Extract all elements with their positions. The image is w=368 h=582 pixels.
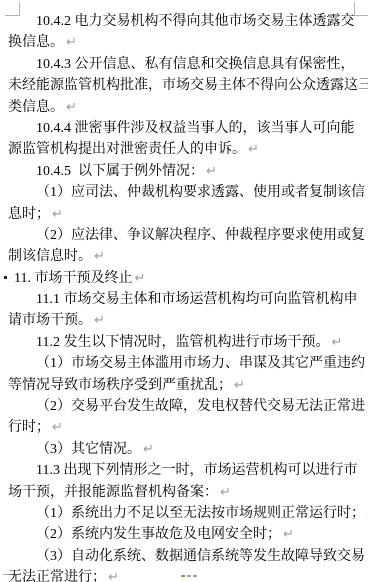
paragraph-mark-icon: ↵ <box>66 100 77 115</box>
text-run: 11.2 发生以下情况时，监管机构进行市场干预。 <box>36 335 329 350</box>
text-line: 10.4.2 电力交易机构不得向其他市场交易主体透露交 <box>8 11 362 32</box>
text-run: 11. 市场干预及终止 <box>14 271 132 286</box>
paragraph: （3）自动化系统、数据通信系统等发生故障导致交易无法正常进行；↵ <box>8 546 362 582</box>
text-line: （2）交易平台发生故障，发电权替代交易无法正常进 <box>8 396 362 417</box>
text-line: 请市场干预。↵ <box>8 310 362 331</box>
text-run: 11.1 市场交易主体和市场运营机构均可向监管机构申 <box>36 292 357 307</box>
text-run: （3）其它情况。 <box>36 442 141 457</box>
paragraph: （2）交易平台发生故障，发电权替代交易无法正常进行时；↵ <box>8 396 362 439</box>
text-line: 11. 市场干预及终止↵ <box>8 268 362 289</box>
text-line: （1）系统出力不足以至无法按市场规则正常运行时；↵ <box>8 503 362 524</box>
text-line: 10.4.4 泄密事件涉及权益当事人的，该当事人可向能 <box>8 118 362 139</box>
text-line: （2）系统内发生事故危及电网安全时；↵ <box>8 524 362 545</box>
text-line: 无法正常进行；↵ <box>8 567 362 582</box>
text-run: 10.4.4 泄密事件涉及权益当事人的，该当事人可向能 <box>36 121 355 136</box>
paragraph: （1）市场交易主体滥用市场力、串谋及其它严重违约等情况导致市场秩序受到严重扰乱；… <box>8 353 362 396</box>
text-run: 无法正常进行； <box>8 570 106 582</box>
text-run: （1）应司法、仲裁机构要求透露、使用或者复制该信 <box>36 185 365 200</box>
text-line: 未经能源监管机构批准，市场交易主体不得向公众透露这三 <box>8 75 362 96</box>
text-run: （2）应法律、争议解决程序、仲裁程序要求使用或复 <box>36 228 365 243</box>
text-run: 10.4.3 公开信息、私有信息和交换信息具有保密性， <box>36 57 355 72</box>
text-run: （2）交易平台发生故障，发电权替代交易无法正常进 <box>36 399 365 414</box>
text-line: 11.2 发生以下情况时，监管机构进行市场干预。↵ <box>8 332 362 353</box>
text-line: 换信息。↵ <box>8 32 362 53</box>
paragraph-mark-icon: ↵ <box>143 442 154 457</box>
paragraph-mark-icon: ↵ <box>52 207 63 222</box>
paragraph-mark-icon: ↵ <box>52 420 63 435</box>
paragraph-mark-icon: ↵ <box>331 335 342 350</box>
text-line: 等情况导致市场秩序受到严重扰乱；↵ <box>8 375 362 396</box>
text-line: （3）自动化系统、数据通信系统等发生故障导致交易 <box>8 546 362 567</box>
paragraph-mark-icon: ↵ <box>108 570 119 582</box>
text-run: （2）系统内发生事故危及电网安全时； <box>36 527 281 542</box>
text-run: 等情况导致市场秩序受到严重扰乱； <box>8 378 232 393</box>
text-run: 换信息。 <box>8 35 64 50</box>
text-line: （1）市场交易主体滥用市场力、串谋及其它严重违约 <box>8 353 362 374</box>
paragraph: 11.1 市场交易主体和市场运营机构均可向监管机构申请市场干预。↵ <box>8 289 362 332</box>
text-run: 11.3 出现下列情形之一时，市场运营机构可以进行市 <box>36 463 357 478</box>
paragraph: 11.3 出现下列情形之一时，市场运营机构可以进行市场干预，并报能源监督机构备案… <box>8 460 362 503</box>
paragraph: 10.4.4 泄密事件涉及权益当事人的，该当事人可向能源监管机构提出对泄密责任人… <box>8 118 362 161</box>
text-line: 行时；↵ <box>8 417 362 438</box>
heading-paragraph: 11. 市场干预及终止↵ <box>8 268 362 289</box>
paragraph-mark-icon: ↵ <box>94 313 105 328</box>
text-run: （1）市场交易主体滥用市场力、串谋及其它严重违约 <box>36 356 365 371</box>
text-line: 场干预，并报能源监督机构备案：↵ <box>8 482 362 503</box>
text-line: 制该信息时。↵ <box>8 246 362 267</box>
paragraph-mark-icon: ↵ <box>94 249 105 264</box>
text-line: 11.1 市场交易主体和市场运营机构均可向监管机构申 <box>8 289 362 310</box>
paragraph: （3）其它情况。↵ <box>8 439 362 460</box>
text-line: 息时；↵ <box>8 204 362 225</box>
paragraph: 11.2 发生以下情况时，监管机构进行市场干预。↵ <box>8 332 362 353</box>
paragraph-mark-icon: ↵ <box>220 485 231 500</box>
text-run: （1）系统出力不足以至无法按市场规则正常运行时； <box>36 506 365 521</box>
text-line: （2）应法律、争议解决程序、仲裁程序要求使用或复 <box>8 225 362 246</box>
text-run: 未经能源监管机构批准，市场交易主体不得向公众透露这三 <box>8 78 368 93</box>
text-line: 10.4.5 以下属于例外情况：↵ <box>8 161 362 182</box>
text-run: 请市场干预。 <box>8 313 92 328</box>
paragraph-mark-icon: ↵ <box>66 35 77 50</box>
paragraph-mark-icon: ↵ <box>206 164 217 179</box>
text-run: （3）自动化系统、数据通信系统等发生故障导致交易 <box>36 549 365 564</box>
paragraph: （2）系统内发生事故危及电网安全时；↵ <box>8 524 362 545</box>
text-line: 11.3 出现下列情形之一时，市场运营机构可以进行市 <box>8 460 362 481</box>
paragraph-mark-icon: ↵ <box>248 142 259 157</box>
paragraph: （1）应司法、仲裁机构要求透露、使用或者复制该信息时；↵ <box>8 182 362 225</box>
paragraph: 10.4.3 公开信息、私有信息和交换信息具有保密性，未经能源监管机构批准，市场… <box>8 54 362 118</box>
text-run: 10.4.2 电力交易机构不得向其他市场交易主体透露交 <box>36 14 355 29</box>
text-run: 类信息。 <box>8 100 64 115</box>
text-run: 息时； <box>8 207 50 222</box>
document-body[interactable]: 10.4.2 电力交易机构不得向其他市场交易主体透露交换信息。↵10.4.3 公… <box>8 11 362 582</box>
paragraph: （1）系统出力不足以至无法按市场规则正常运行时；↵ <box>8 503 362 524</box>
text-run: 10.4.5 以下属于例外情况： <box>36 164 204 179</box>
text-line: 类信息。↵ <box>8 97 362 118</box>
text-line: 10.4.3 公开信息、私有信息和交换信息具有保密性， <box>8 54 362 75</box>
text-run: 行时； <box>8 420 50 435</box>
paragraph-mark-icon: ↵ <box>283 527 294 542</box>
text-run: 制该信息时。 <box>8 249 92 264</box>
heading-style-dot-icon <box>4 276 7 279</box>
text-run: 源监管机构提出对泄密责任人的申诉。 <box>8 142 246 157</box>
paragraph: 10.4.5 以下属于例外情况：↵ <box>8 161 362 182</box>
paragraph: 10.4.2 电力交易机构不得向其他市场交易主体透露交换信息。↵ <box>8 11 362 54</box>
text-line: （3）其它情况。↵ <box>8 439 362 460</box>
text-line: 源监管机构提出对泄密责任人的申诉。↵ <box>8 139 362 160</box>
paragraph: （2）应法律、争议解决程序、仲裁程序要求使用或复制该信息时。↵ <box>8 225 362 268</box>
text-line: （1）应司法、仲裁机构要求透露、使用或者复制该信 <box>8 182 362 203</box>
paragraph-mark-icon: ↵ <box>234 378 245 393</box>
paragraph-mark-icon: ↵ <box>134 271 145 286</box>
text-run: 场干预，并报能源监督机构备案： <box>8 485 218 500</box>
